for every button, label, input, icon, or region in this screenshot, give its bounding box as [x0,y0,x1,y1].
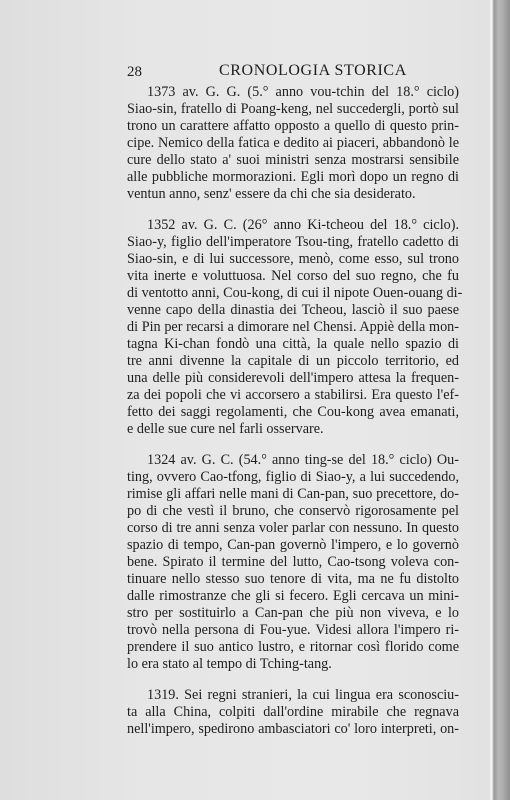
text-line: nell'impero, spedirono ambasciatori co' … [127,721,459,738]
text-line: fetto dei saggi regolamenti, che Cou-kon… [127,404,459,421]
text-line: corso di tre anni senza voler parlar con… [127,520,459,537]
text-line: tagna Ki-chan fondò una città, la quale … [127,336,459,353]
body-text: 1373 av. G. G. (5.° anno vou-tchin del 1… [127,84,459,752]
text-line: cure dello stato a' suoi ministri senza … [127,152,459,169]
text-line: trono un carattere affatto opposto a que… [127,118,459,135]
text-line: 1352 av. G. C. (26° anno Ki-tcheou del 1… [127,217,459,234]
text-line: bene. Spirato il termine del lutto, Cao-… [127,554,459,571]
text-line: tre anni divenne la capitale di un picco… [127,353,459,370]
text-line: e delle sue cure nel farli osservare. [127,421,459,438]
text-line: una delle più considerevoli dell'impero … [127,370,459,387]
text-line: alle pubbliche mormorazioni. Egli morì d… [127,169,459,186]
text-line: 1324 av. G. C. (54.° anno ting-se del 18… [127,452,459,469]
text-line: di Pin per recarsi a dimorare nel Chensi… [127,319,459,336]
text-line: za dei popoli che vi accorsero a stabili… [127,387,459,404]
text-line: ventun anno, senz' essere da chi che sia… [127,186,459,203]
page-edge-gutter [490,0,510,800]
text-line: ting, ovvero Cao-tfong, figlio di Siao-y… [127,469,459,486]
running-head: CRONOLOGIA STORICA [219,62,407,80]
text-line: Siao-y, figlio dell'imperatore Tsou-ting… [127,234,459,251]
page-header: 28 CRONOLOGIA STORICA [127,62,460,82]
text-line: vita inerte e voluttuosa. Nel corso del … [127,268,459,285]
text-line: stro per sostituirlo a Can-pan che più n… [127,605,459,622]
text-line: 1319. Sei regni stranieri, la cui lingua… [127,687,459,704]
text-line: tinuare nello stesso suo tenore di vita,… [127,571,459,588]
text-line: trovò nella persona di Fou-yue. Videsi a… [127,622,459,639]
text-line: Siao-sin, e di lui successore, menò, com… [127,251,459,268]
text-line: venne capo della dinastia dei Tcheou, la… [127,302,459,319]
text-line: rimise gli affari nelle mani di Can-pan,… [127,486,459,503]
paragraph-1319: 1319. Sei regni stranieri, la cui lingua… [127,687,459,738]
text-line: 1373 av. G. G. (5.° anno vou-tchin del 1… [127,84,459,101]
paragraph-1352: 1352 av. G. C. (26° anno Ki-tcheou del 1… [127,217,459,438]
paragraph-1373: 1373 av. G. G. (5.° anno vou-tchin del 1… [127,84,459,203]
text-line: cipe. Nemico della fatica e dedito ai pi… [127,135,459,152]
text-line: spazio di tempo, Can-pan governò l'imper… [127,537,459,554]
text-line: po di che vestì il bruno, che conservò r… [127,503,459,520]
page-number: 28 [127,64,142,81]
text-line: ta alla China, colpiti dall'ordine mirab… [127,704,459,721]
text-line: dalle rimostranze che gli si fecero. Egl… [127,588,459,605]
text-line: lo era stato al tempo di Tching-tang. [127,656,459,673]
text-line: di ventotto anni, Cou-kong, di cui il ni… [127,285,459,302]
text-line: Siao-sin, fratello di Poang-keng, nel su… [127,101,459,118]
paragraph-1324: 1324 av. G. C. (54.° anno ting-se del 18… [127,452,459,673]
text-line: prendere il suo antico lustro, e ritorna… [127,639,459,656]
